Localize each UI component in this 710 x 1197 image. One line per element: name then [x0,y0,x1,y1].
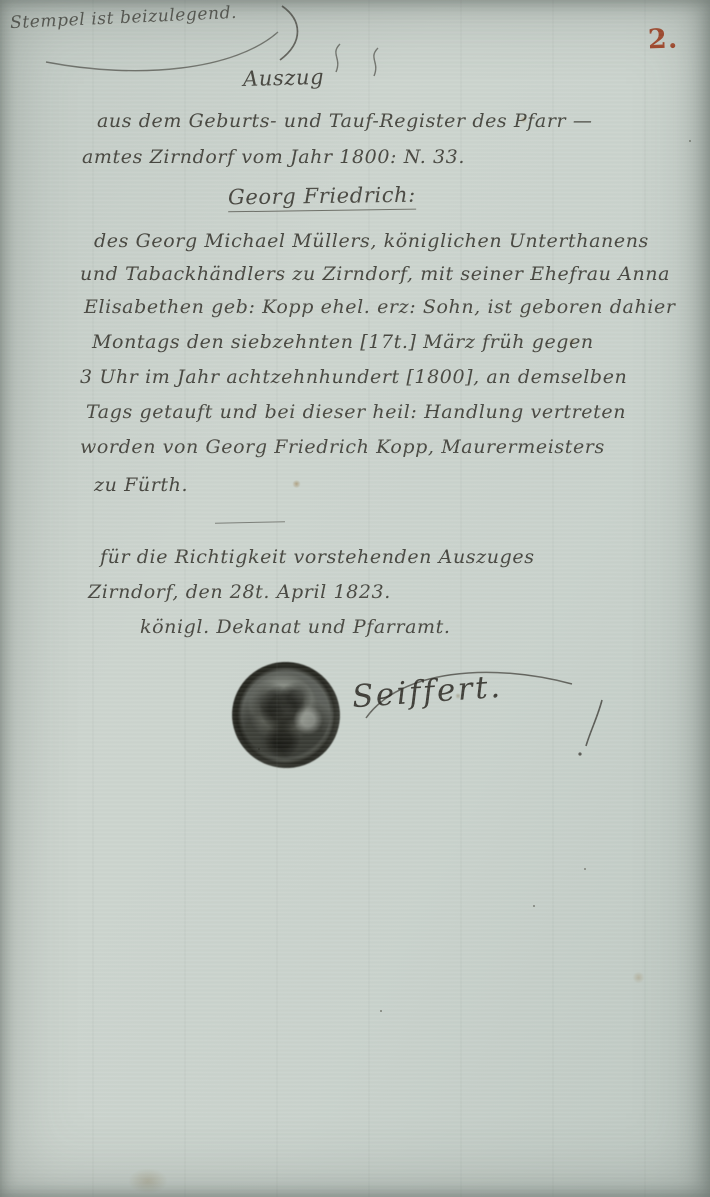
entry-line: worden von Georg Friedrich Kopp, Maurerm… [80,436,605,458]
signature-flourish [340,656,640,766]
attestation-line: königl. Dekanat und Pfarramt. [140,616,451,638]
register-line: amtes Zirndorf vom Jahr 1800: N. 33. [82,146,465,168]
entry-line: und Tabackhändlers zu Zirndorf, mit sein… [80,263,670,285]
entry-line: Elisabethen geb: Kopp ehel. erz: Sohn, i… [84,296,676,318]
paper-speck [533,905,535,907]
folio-number: 2. [647,23,678,55]
official-seal-stamp-icon [225,655,347,775]
foxing-spot [632,972,645,983]
paper-speck [380,1010,382,1012]
document-heading: Auszug [243,65,325,91]
attestation-line: für die Richtigkeit vorstehenden Auszuge… [100,546,535,568]
entry-line: Tags getauft und bei dieser heil: Handlu… [86,401,626,423]
entry-line: zu Fürth. [94,474,188,496]
foxing-spot [128,1168,168,1194]
register-line: aus dem Geburts- und Tauf-Register des P… [97,110,592,132]
seal-ink-mottle [235,665,337,766]
annotation-bracket-flourish [30,0,410,86]
attestation-line: Zirndorf, den 28t. April 1823. [88,581,391,603]
paper-speck [689,140,691,142]
paper-speck [584,868,586,870]
entry-line: des Georg Michael Müllers, königlichen U… [94,230,649,252]
child-name: Georg Friedrich: [228,183,416,213]
entry-line: Montags den siebzehnten [17t.] März früh… [92,331,594,353]
separator-rule [215,521,285,523]
scanned-document-page: Stempel ist beizulegend. 2. Auszug aus d… [0,0,710,1197]
foxing-spot [292,480,301,488]
entry-line: 3 Uhr im Jahr achtzehnhundert [1800], an… [80,366,627,388]
